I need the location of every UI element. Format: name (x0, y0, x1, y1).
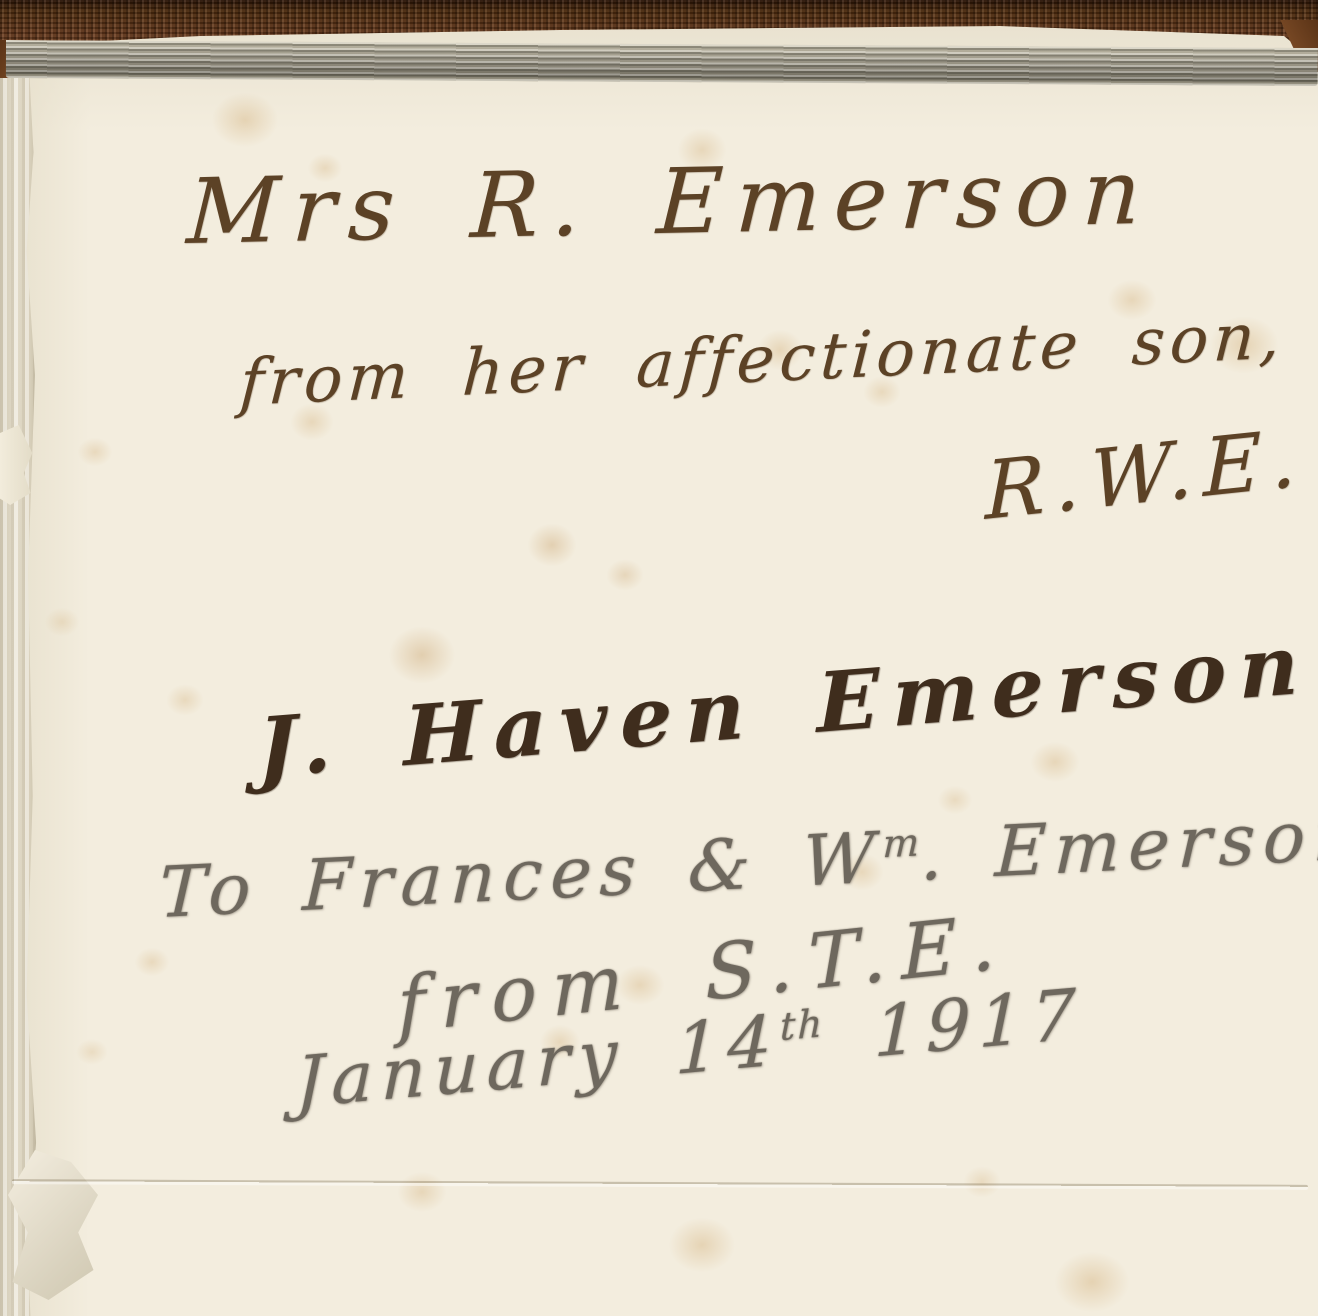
book-flyleaf-photo: Mrs R. Emerson from her affectionate son… (0, 0, 1318, 1316)
pencil-dedication-superscript: m (882, 820, 922, 867)
page-block-edges (6, 40, 1318, 86)
pencil-date-superscript: th (780, 1001, 825, 1050)
ink-inscription-recipient: Mrs R. Emerson (185, 148, 1156, 258)
